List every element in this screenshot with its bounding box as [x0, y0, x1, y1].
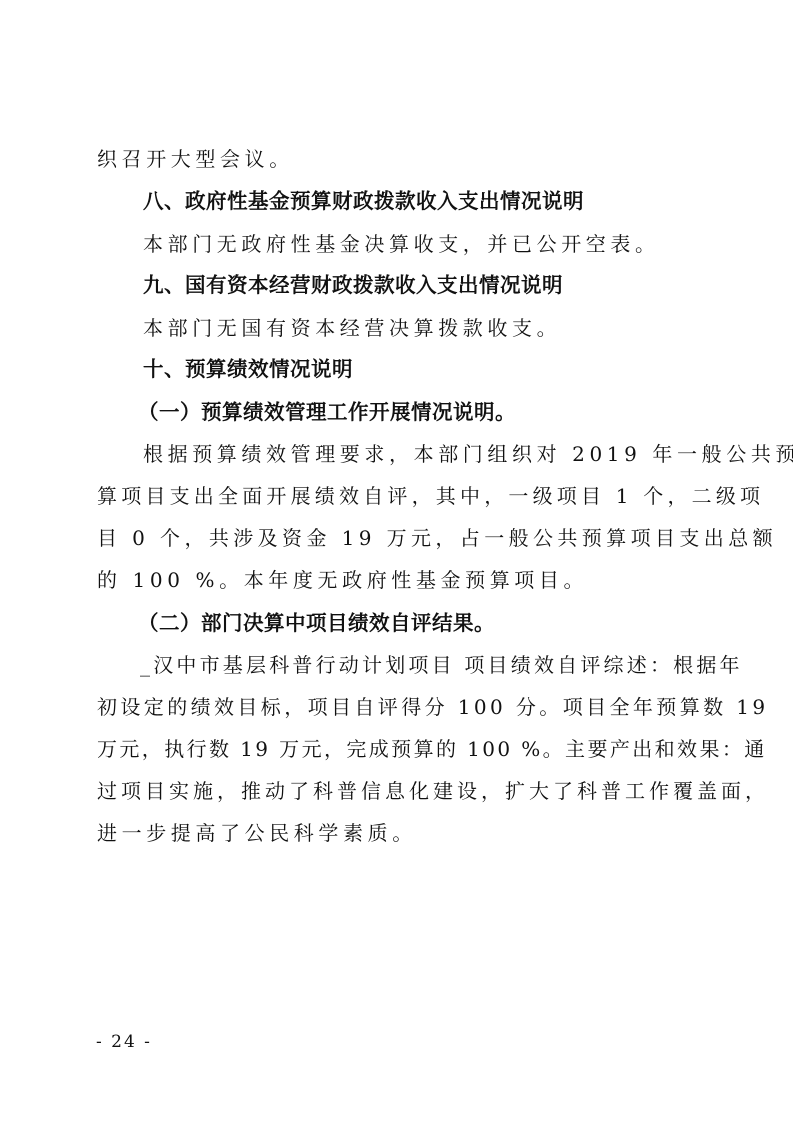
paragraph-line-continuation: 织召开大型会议。 — [97, 143, 294, 172]
page-number: - 24 - — [96, 1032, 152, 1052]
paragraph-line: 本部门无政府性基金决算收支，并已公开空表。 — [143, 228, 660, 257]
paragraph-line: 本部门无国有资本经营决算拨款收支。 — [143, 312, 561, 341]
paragraph-line: 过项目实施，推动了科普信息化建设，扩大了科普工作覆盖面， — [97, 775, 769, 804]
paragraph-line: 的 100 %。本年度无政府性基金预算项目。 — [97, 564, 588, 593]
paragraph-line: _汉中市基层科普行动计划项目 项目绩效自评综述：根据年 — [140, 649, 743, 678]
subsection-heading-1: （一）预算绩效管理工作开展情况说明。 — [138, 395, 516, 425]
paragraph-line: 进一步提高了公民科学素质。 — [97, 817, 417, 846]
paragraph-line: 算项目支出全面开展绩效自评，其中，一级项目 1 个，二级项 — [97, 480, 764, 509]
paragraph-line: 初设定的绩效目标，项目自评得分 100 分。项目全年预算数 19 — [97, 691, 769, 720]
section-heading-8: 八、政府性基金预算财政拨款收入支出情况说明 — [143, 184, 584, 214]
paragraph-line: 根据预算绩效管理要求，本部门组织对 2019 年一般公共预 — [143, 438, 793, 467]
section-heading-9: 九、国有资本经营财政拨款收入支出情况说明 — [143, 268, 563, 298]
paragraph-line: 万元，执行数 19 万元，完成预算的 100 %。主要产出和效果：通 — [97, 733, 767, 762]
paragraph-line: 目 0 个，共涉及资金 19 万元，占一般公共预算项目支出总额 — [97, 522, 777, 551]
section-heading-10: 十、预算绩效情况说明 — [143, 352, 353, 382]
subsection-heading-2: （二）部门决算中项目绩效自评结果。 — [138, 606, 495, 636]
